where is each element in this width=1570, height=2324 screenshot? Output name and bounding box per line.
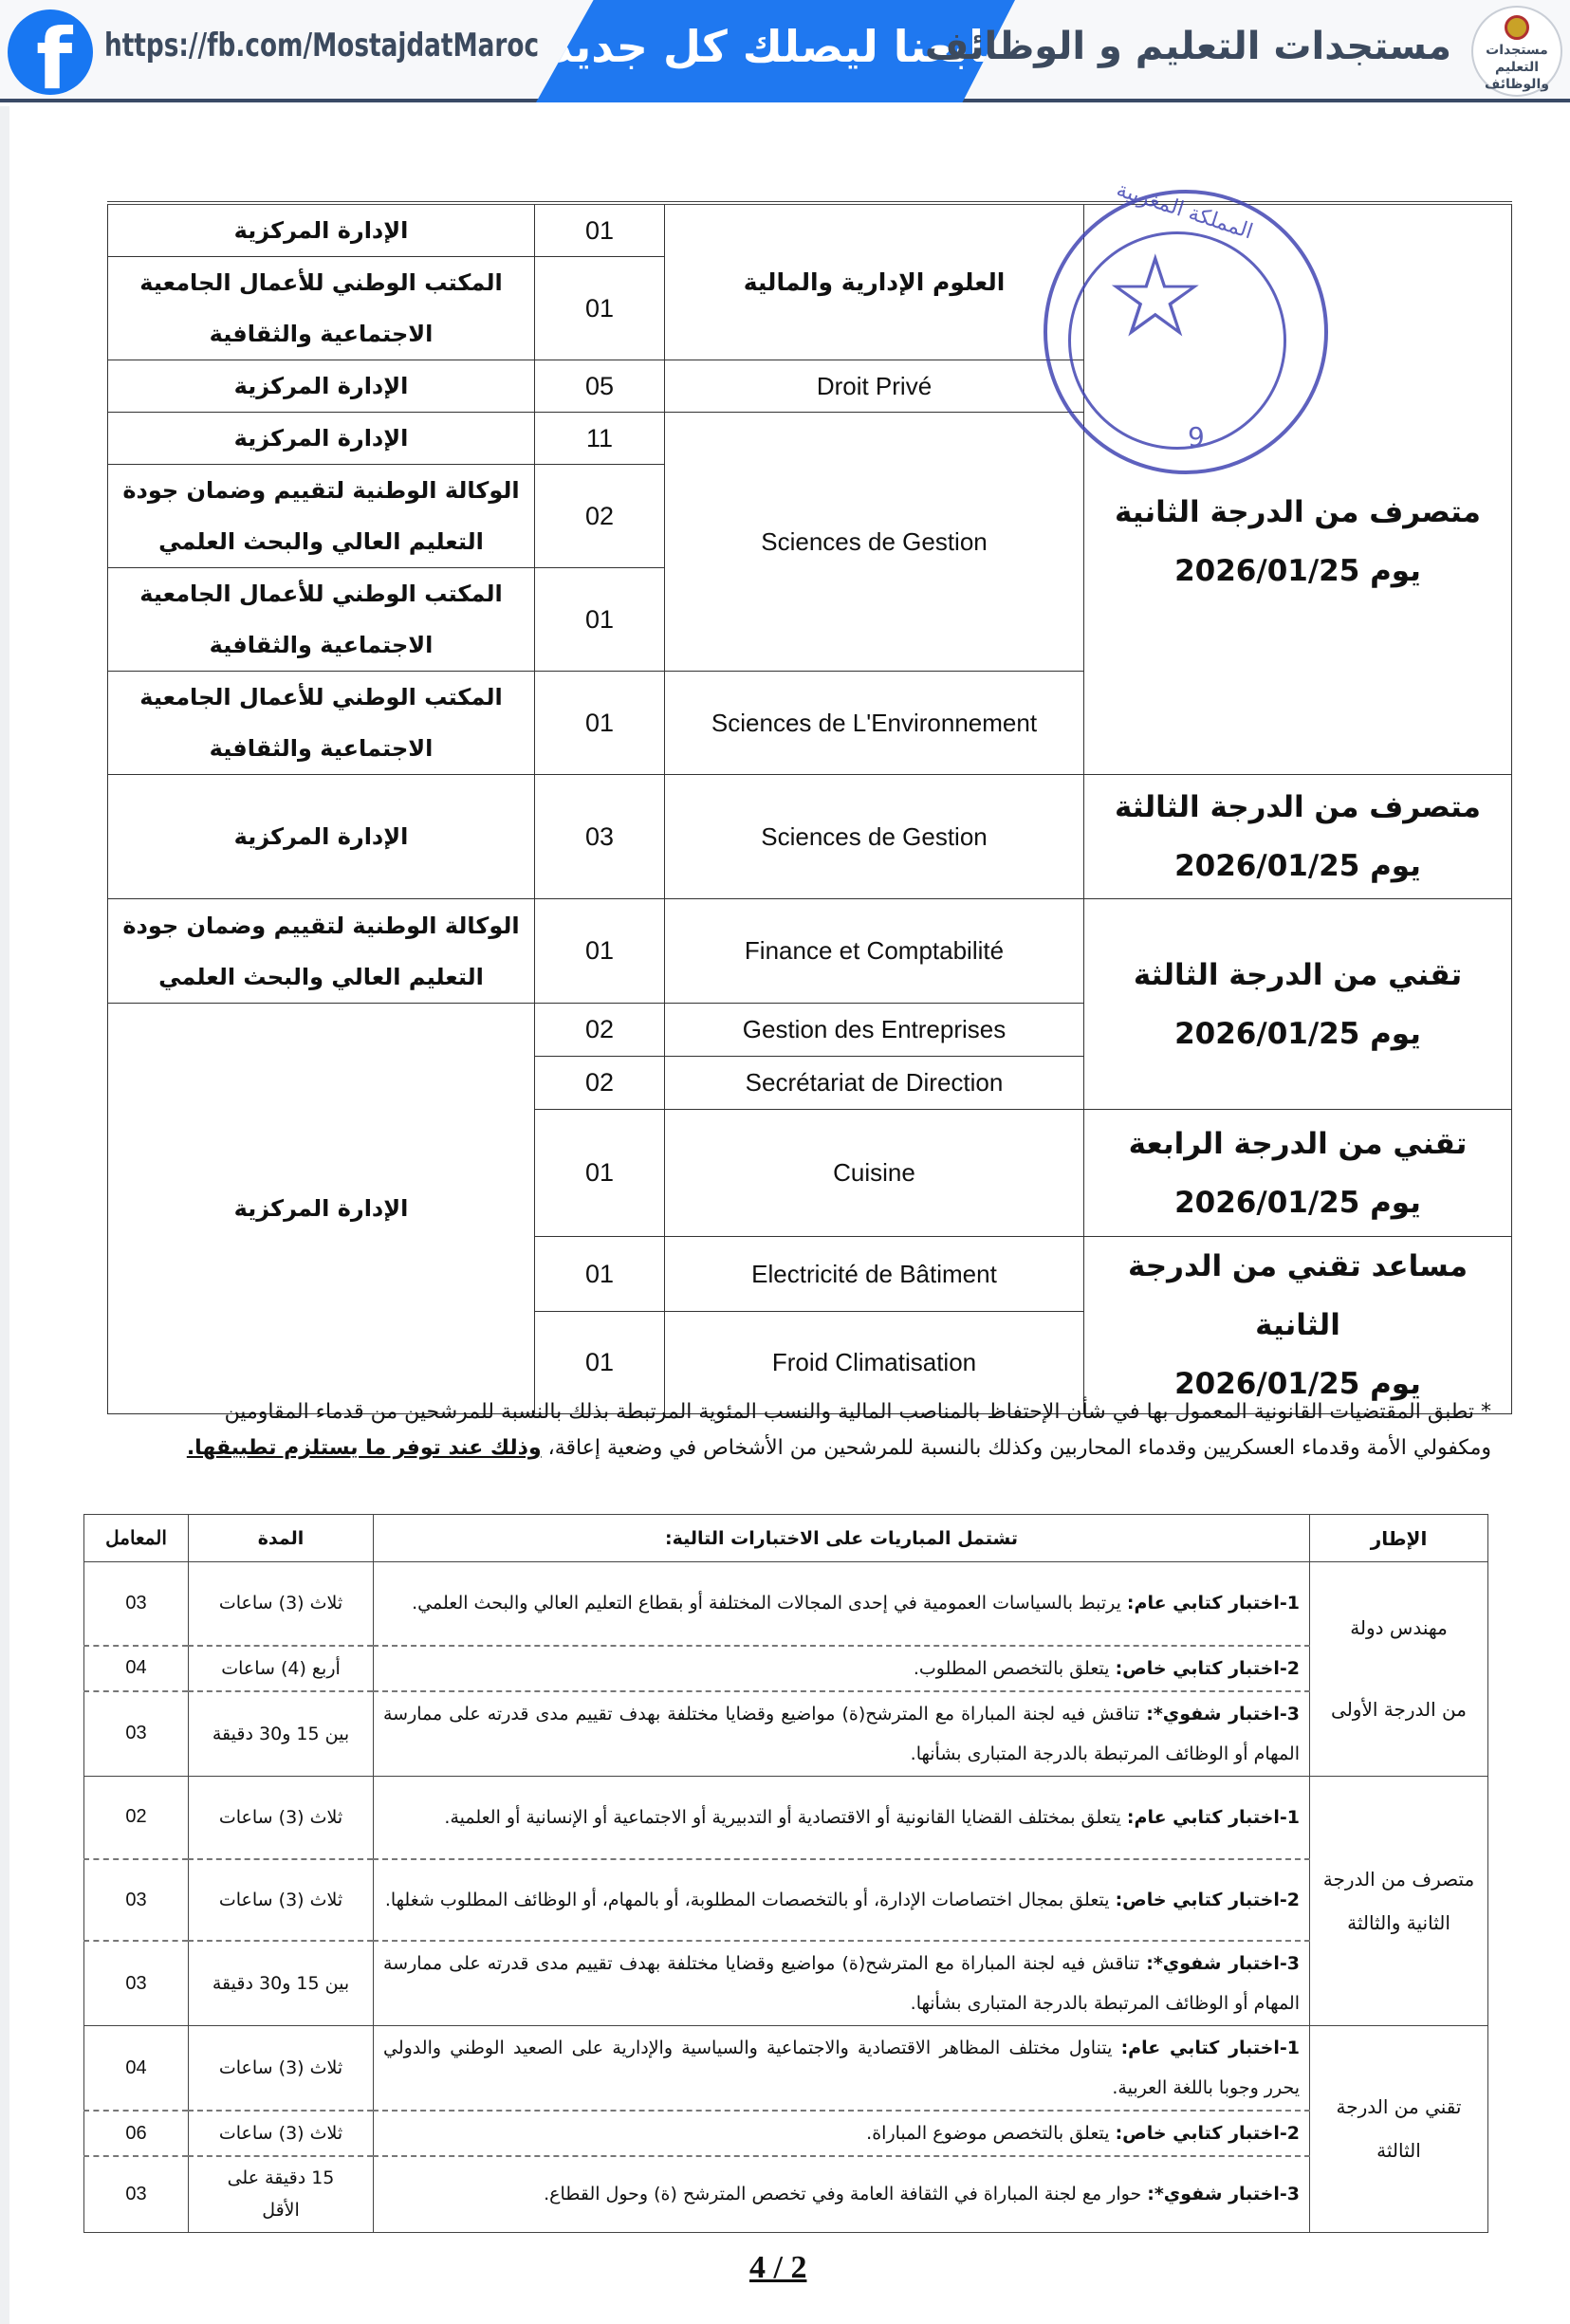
admin-cell: الوكالة الوطنية لتقييم وضمان جودة التعلي… [108, 899, 535, 1004]
count-cell: 01 [535, 672, 665, 775]
test-label: 3-اختبار شفوي*: [1146, 1953, 1300, 1974]
header-frame: الإطار [1310, 1515, 1488, 1562]
coefficient-cell: 02 [84, 1776, 189, 1859]
coefficient-cell: 04 [84, 2026, 189, 2112]
test-label: 2-اختبار كتابي خاص: [1116, 1658, 1300, 1679]
admin-cell: المكتب الوطني للأعمال الجامعية الاجتماعي… [108, 257, 535, 360]
test-description: 1-اختبار كتابي عام: يتناول مختلف المظاهر… [374, 2026, 1310, 2112]
table-row: 3-اختبار شفوي*: حوار مع لجنة المباراة في… [84, 2156, 1488, 2232]
note-emphasis: وذلك عند توفر ما يستلزم تطبيقها. [187, 1436, 542, 1460]
grade-cell: متصرف من الدرجة الثالثة يوم 2026/01/25 [1084, 775, 1512, 899]
table-row: تقني من الدرجة الثالثة 1-اختبار كتابي عا… [84, 2026, 1488, 2112]
table-row: الوكالة الوطنية لتقييم وضمان جودة التعلي… [108, 899, 1512, 1004]
table-header-row: الإطار تشتمل المباريات على الاختبارات ال… [84, 1515, 1488, 1562]
count-cell: 03 [535, 775, 665, 899]
test-text: يتعلق بالتخصص المطلوب. [914, 1658, 1116, 1679]
admin-cell: الوكالة الوطنية لتقييم وضمان جودة التعلي… [108, 465, 535, 568]
specialty-cell: Droit Privé [665, 360, 1084, 413]
page-number: 4 / 2 [749, 2250, 806, 2286]
count-cell: 01 [535, 899, 665, 1004]
table-row: 3-اختبار شفوي*: تناقش فيه لجنة المباراة … [84, 1691, 1488, 1777]
coefficient-cell: 03 [84, 1859, 189, 1941]
duration-cell: بين 15 و30 دقيقة [189, 1691, 374, 1777]
specialty-cell: Sciences de L'Environnement [665, 672, 1084, 775]
table-row: متصرف من الدرجة الثانية والثالثة 1-اختبا… [84, 1776, 1488, 1859]
header-description: تشتمل المباريات على الاختبارات التالية: [374, 1515, 1310, 1562]
table-row: 3-اختبار شفوي*: تناقش فيه لجنة المباراة … [84, 1941, 1488, 2026]
duration-cell: ثلاث (3) ساعات [189, 2026, 374, 2112]
count-cell: 11 [535, 413, 665, 465]
specialty-cell: Electricité de Bâtiment [665, 1237, 1084, 1312]
table-row: الإدارة المركزية 03 Sciences de Gestion … [108, 775, 1512, 899]
admin-cell: الإدارة المركزية [108, 413, 535, 465]
count-cell: 02 [535, 465, 665, 568]
admin-cell: الإدارة المركزية [108, 1004, 535, 1414]
test-description: 3-اختبار شفوي*: حوار مع لجنة المباراة في… [374, 2156, 1310, 2232]
test-label: 2-اختبار كتابي خاص: [1116, 1890, 1300, 1910]
frame-line1: مهندس دولة [1310, 1606, 1487, 1650]
grade-cell: مساعد تقني من الدرجة الثانية يوم 2026/01… [1084, 1237, 1512, 1414]
coefficient-cell: 04 [84, 1646, 189, 1691]
grade-date: يوم 2026/01/25 [1084, 1005, 1511, 1063]
test-text: يتعلق بمختلف القضايا القانونية أو الاقتص… [444, 1807, 1127, 1828]
test-description: 2-اختبار كتابي خاص: يتعلق بالتخصص موضوع … [374, 2111, 1310, 2156]
frame-line2: من الدرجة الأولى [1310, 1688, 1487, 1731]
logo-text-line2: والوظائف [1473, 76, 1561, 93]
test-description: 1-اختبار كتابي عام: يتعلق بمختلف القضايا… [374, 1776, 1310, 1859]
table-row: الإدارة المركزية 01 العلوم الإدارية والم… [108, 203, 1512, 257]
admin-cell: المكتب الوطني للأعمال الجامعية الاجتماعي… [108, 568, 535, 672]
count-cell: 01 [535, 1110, 665, 1237]
header-coefficient: المعامل [84, 1515, 189, 1562]
grade-cell: تقني من الدرجة الثالثة يوم 2026/01/25 [1084, 899, 1512, 1110]
duration-cell: ثلاث (3) ساعات [189, 1562, 374, 1646]
duration-cell: 15 دقيقة على الأقل [189, 2156, 374, 2232]
coefficient-cell: 03 [84, 2156, 189, 2232]
duration-cell: بين 15 و30 دقيقة [189, 1941, 374, 2026]
specialty-cell: Finance et Comptabilité [665, 899, 1084, 1004]
frame-line1: متصرف من الدرجة [1310, 1857, 1487, 1901]
page-edge [0, 106, 9, 2324]
positions-table: الإدارة المركزية 01 العلوم الإدارية والم… [107, 201, 1512, 1414]
duration-cell: ثلاث (3) ساعات [189, 2111, 374, 2156]
test-description: 3-اختبار شفوي*: تناقش فيه لجنة المباراة … [374, 1941, 1310, 2026]
duration-cell: أربع (4) ساعات [189, 1646, 374, 1691]
grade-date: يوم 2026/01/25 [1084, 1173, 1511, 1232]
test-label: 3-اختبار شفوي*: [1146, 1704, 1300, 1725]
table-row: 2-اختبار كتابي خاص: يتعلق بالتخصص موضوع … [84, 2111, 1488, 2156]
count-cell: 01 [535, 203, 665, 257]
grade-cell: تقني من الدرجة الرابعة يوم 2026/01/25 [1084, 1110, 1512, 1237]
test-description: 1-اختبار كتابي عام: يرتبط بالسياسات العم… [374, 1562, 1310, 1646]
grade-title: متصرف من الدرجة الثالثة [1084, 778, 1511, 837]
grade-title: مساعد تقني من الدرجة الثانية [1084, 1237, 1511, 1355]
crest-icon [1505, 15, 1529, 40]
test-description: 2-اختبار كتابي خاص: يتعلق بمجال اختصاصات… [374, 1859, 1310, 1941]
test-description: 3-اختبار شفوي*: تناقش فيه لجنة المباراة … [374, 1691, 1310, 1777]
header-banner: f https://fb.com/MostajdatMaroc تابعنا ل… [0, 0, 1570, 102]
coefficient-cell: 03 [84, 1691, 189, 1777]
specialty-cell: Cuisine [665, 1110, 1084, 1237]
specialty-cell: Secrétariat de Direction [665, 1057, 1084, 1110]
duration-cell: ثلاث (3) ساعات [189, 1859, 374, 1941]
admin-cell: الإدارة المركزية [108, 203, 535, 257]
test-text: يتعلق بالتخصص موضوع المباراة. [866, 2123, 1115, 2144]
frame-cell: تقني من الدرجة الثالثة [1310, 2026, 1488, 2233]
admin-cell: الإدارة المركزية [108, 360, 535, 413]
frame-cell: مهندس دولة من الدرجة الأولى [1310, 1562, 1488, 1777]
duration-cell: ثلاث (3) ساعات [189, 1776, 374, 1859]
grade-date: يوم 2026/01/25 [1084, 837, 1511, 895]
test-label: 1-اختبار كتابي عام: [1127, 1807, 1300, 1828]
test-text: حوار مع لجنة المباراة في الثقافة العامة … [544, 2184, 1147, 2204]
admin-cell: الإدارة المركزية [108, 775, 535, 899]
table-row: 2-اختبار كتابي خاص: يتعلق بمجال اختصاصات… [84, 1859, 1488, 1941]
site-name: مستجدات التعليم و الوظائف [925, 25, 1451, 68]
facebook-icon[interactable]: f [8, 9, 93, 95]
logo-text-line1: مستجدات التعليم [1473, 42, 1561, 76]
specialty-cell: Sciences de Gestion [665, 775, 1084, 899]
test-text: يرتبط بالسياسات العمومية في إحدى المجالا… [412, 1593, 1127, 1614]
count-cell: 01 [535, 257, 665, 360]
facebook-url-link[interactable]: https://fb.com/MostajdatMaroc [104, 27, 539, 65]
frame-line2: الثانية والثالثة [1310, 1901, 1487, 1945]
header-duration: المدة [189, 1515, 374, 1562]
site-logo[interactable]: مستجدات التعليم والوظائف [1471, 6, 1562, 97]
specialty-cell: Sciences de Gestion [665, 413, 1084, 672]
count-cell: 01 [535, 1237, 665, 1312]
grade-date: يوم 2026/01/25 [1084, 542, 1511, 600]
count-cell: 02 [535, 1004, 665, 1057]
test-label: 3-اختبار شفوي*: [1147, 2184, 1300, 2204]
test-text: يتعلق بمجال اختصاصات الإدارة، أو بالتخصص… [385, 1890, 1116, 1910]
specialty-cell: Gestion des Entreprises [665, 1004, 1084, 1057]
grade-cell: متصرف من الدرجة الثانية يوم 2026/01/25 [1084, 203, 1512, 775]
table-row: مهندس دولة من الدرجة الأولى 1-اختبار كتا… [84, 1562, 1488, 1646]
grade-title: تقني من الدرجة الرابعة [1084, 1115, 1511, 1173]
count-cell: 05 [535, 360, 665, 413]
test-label: 2-اختبار كتابي خاص: [1116, 2123, 1300, 2144]
grade-title: متصرف من الدرجة الثانية [1084, 378, 1511, 542]
coefficient-cell: 06 [84, 2111, 189, 2156]
exams-table: الإطار تشتمل المباريات على الاختبارات ال… [83, 1514, 1488, 2233]
grade-title: تقني من الدرجة الثالثة [1084, 946, 1511, 1005]
coefficient-cell: 03 [84, 1562, 189, 1646]
admin-cell: المكتب الوطني للأعمال الجامعية الاجتماعي… [108, 672, 535, 775]
legal-note: * تطبق المقتضيات القانونية المعمول بها ف… [152, 1394, 1491, 1466]
frame-cell: متصرف من الدرجة الثانية والثالثة [1310, 1776, 1488, 2026]
frame-line2: الثالثة [1310, 2129, 1487, 2172]
frame-line1: تقني من الدرجة [1310, 2085, 1487, 2129]
count-cell: 02 [535, 1057, 665, 1110]
coefficient-cell: 03 [84, 1941, 189, 2026]
table-row: 2-اختبار كتابي خاص: يتعلق بالتخصص المطلو… [84, 1646, 1488, 1691]
test-description: 2-اختبار كتابي خاص: يتعلق بالتخصص المطلو… [374, 1646, 1310, 1691]
specialty-cell: العلوم الإدارية والمالية [665, 203, 1084, 360]
test-label: 1-اختبار كتابي عام: [1127, 1593, 1300, 1614]
test-label: 1-اختبار كتابي عام: [1121, 2038, 1300, 2058]
count-cell: 01 [535, 568, 665, 672]
facebook-glyph: f [36, 17, 72, 95]
